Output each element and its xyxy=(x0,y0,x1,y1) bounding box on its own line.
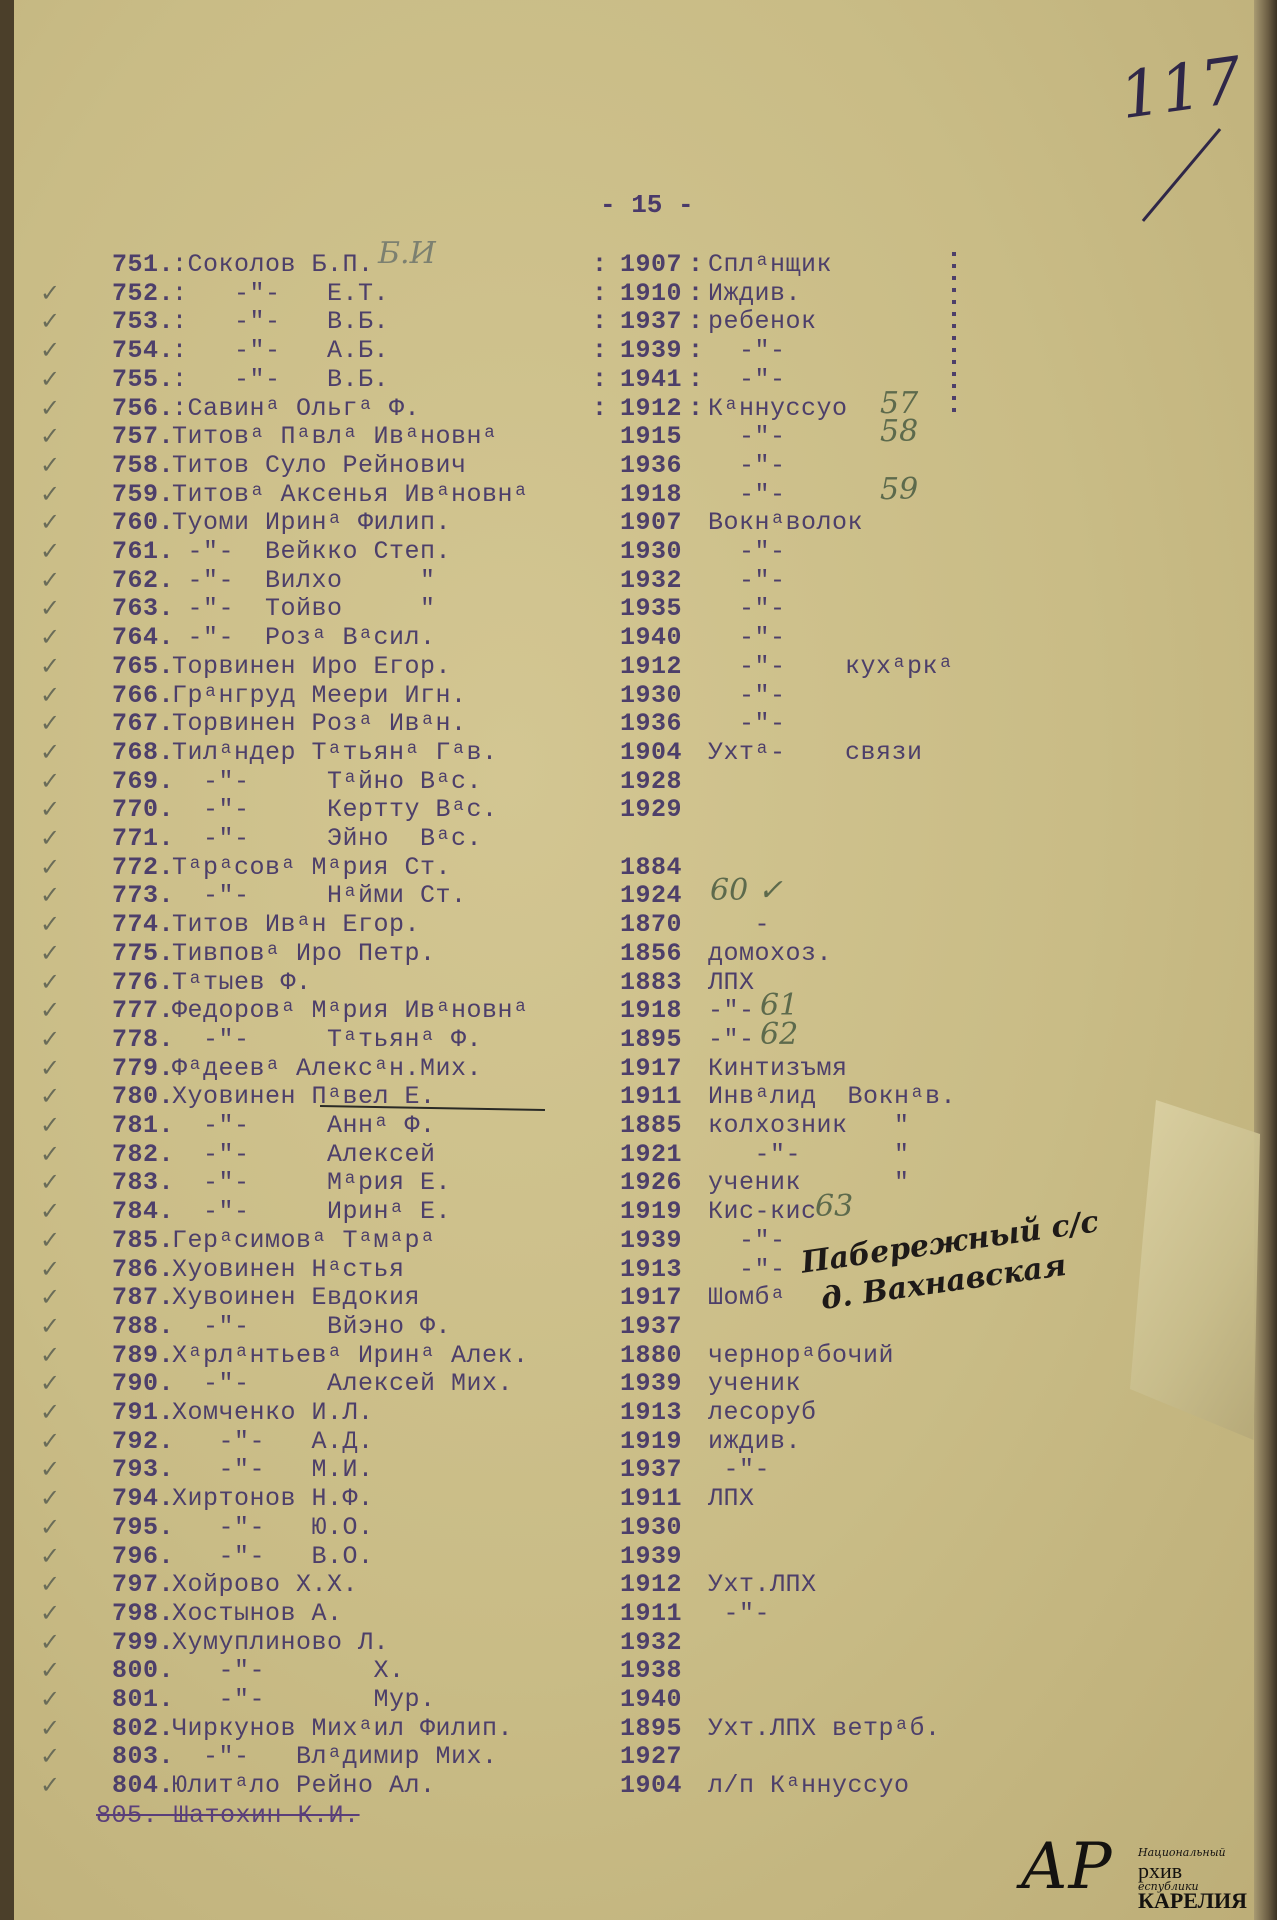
entry-number: 757. xyxy=(78,422,174,451)
entry-number: 767. xyxy=(78,709,174,738)
table-row: ✓792. -"- А.Д.1919иждив. xyxy=(0,1427,1277,1455)
entry-number: 770. xyxy=(78,795,174,824)
table-row: ✓778. -"- Тᵃтьянᵃ Ф.1895-"- xyxy=(0,1025,1277,1053)
entry-name: -"- Мур. xyxy=(172,1685,436,1714)
entry-occupation: домохоз. xyxy=(708,939,832,968)
entry-year: 1911 xyxy=(620,1082,682,1111)
entry-occupation: -"- xyxy=(708,1255,786,1284)
entry-year: 1915 xyxy=(620,422,682,451)
entry-occupation: Иждив. xyxy=(708,279,801,308)
entry-year: 1938 xyxy=(620,1656,682,1685)
entry-name: -"- В.О. xyxy=(172,1542,374,1571)
entry-occupation: -"- xyxy=(708,451,786,480)
entry-number: 751. xyxy=(78,250,174,279)
archive-watermark-logo: АР Национальный рхив еспублики КАРЕЛИЯ xyxy=(1020,1830,1260,1910)
entry-occupation: лесоруб xyxy=(708,1398,817,1427)
table-row: ✓755.: -"- В.Б.1941 -"-:: xyxy=(0,365,1277,393)
entry-year: 1939 xyxy=(620,1369,682,1398)
entry-year: 1937 xyxy=(620,1312,682,1341)
entry-number: 787. xyxy=(78,1283,174,1312)
check-mark-icon: ✓ xyxy=(40,1714,61,1742)
table-row: ✓752.: -"- Е.Т.1910Иждив.:: xyxy=(0,279,1277,307)
table-row: ✓756.:Савинᵃ Ольгᵃ Ф.1912Кᵃннуссуо:: xyxy=(0,394,1277,422)
entry-name: -"- М.И. xyxy=(172,1455,374,1484)
entry-occupation: -"- xyxy=(708,623,786,652)
column-colon: : xyxy=(688,307,704,336)
check-mark-icon: ✓ xyxy=(40,566,61,594)
table-row: ✓773. -"- Нᵃйми Ст.1924 xyxy=(0,881,1277,909)
check-mark-icon: ✓ xyxy=(40,1111,61,1139)
entry-year: 1917 xyxy=(620,1283,682,1312)
table-row: ✓788. -"- Вйэно Ф.1937 xyxy=(0,1312,1277,1340)
entry-name: -"- Розᵃ Вᵃсил. xyxy=(172,623,436,652)
entry-year: 1940 xyxy=(620,1685,682,1714)
check-mark-icon: ✓ xyxy=(40,594,61,622)
entry-number: 793. xyxy=(78,1455,174,1484)
table-row: ✓789.Хᵃрлᵃнтьевᵃ Иринᵃ Алек.1880черноpᵃб… xyxy=(0,1341,1277,1369)
check-mark-icon: ✓ xyxy=(40,1628,61,1656)
table-row: ✓774.Титов Ивᵃн Егор.1870 - xyxy=(0,910,1277,938)
entry-name: Торвинен Розᵃ Ивᵃн. xyxy=(172,709,467,738)
entry-name: -"- Тойво " xyxy=(172,594,436,623)
entry-year: 1907 xyxy=(620,250,682,279)
check-mark-icon: ✓ xyxy=(40,1025,61,1053)
entry-year: 1939 xyxy=(620,1226,682,1255)
entry-year: 1904 xyxy=(620,738,682,767)
table-row: ✓759.Титовᵃ Аксенья Ивᵃновнᵃ1918 -"- xyxy=(0,480,1277,508)
table-row: ✓790. -"- Алексей Мих.1939ученик xyxy=(0,1369,1277,1397)
entry-name: -"- Аннᵃ Ф. xyxy=(172,1111,436,1140)
page-number: - 15 - xyxy=(600,190,694,220)
entry-number: 759. xyxy=(78,480,174,509)
entry-year: 1936 xyxy=(620,451,682,480)
entry-year: 1929 xyxy=(620,795,682,824)
entry-occupation: -"- xyxy=(708,422,786,451)
entry-occupation: ученик " xyxy=(708,1168,910,1197)
entry-occupation: ЛПХ xyxy=(708,968,755,997)
table-row: ✓762. -"- Вилхо "1932 -"- xyxy=(0,566,1277,594)
entry-number: 794. xyxy=(78,1484,174,1513)
entry-year: 1930 xyxy=(620,537,682,566)
entry-year: 1910 xyxy=(620,279,682,308)
entry-year: 1883 xyxy=(620,968,682,997)
check-mark-icon: ✓ xyxy=(40,1054,61,1082)
entry-number: 776. xyxy=(78,968,174,997)
entry-occupation: Ухт.ЛПХ xyxy=(708,1570,817,1599)
entry-name: Чиркунов Михᵃил Филип. xyxy=(172,1714,513,1743)
entry-occupation: Кис-кис xyxy=(708,1197,817,1226)
entry-year: 1907 xyxy=(620,508,682,537)
entry-name: Хомченко И.Л. xyxy=(172,1398,374,1427)
entry-occupation: -"- xyxy=(708,365,786,394)
entry-year: 1930 xyxy=(620,1513,682,1542)
entry-year: 1884 xyxy=(620,853,682,882)
check-mark-icon: ✓ xyxy=(40,508,61,536)
entry-number: 780. xyxy=(78,1082,174,1111)
column-colon: : xyxy=(592,307,608,336)
check-mark-icon: ✓ xyxy=(40,1542,61,1570)
entry-occupation: иждив. xyxy=(708,1427,801,1456)
entry-number: 766. xyxy=(78,681,174,710)
table-row: ✓780.Хуовинен Пᵃвел Е.1911Инвᵃлид Вокнᵃв… xyxy=(0,1082,1277,1110)
check-mark-icon: ✓ xyxy=(40,537,61,565)
entry-occupation: -"- xyxy=(708,566,786,595)
entry-name: -"- Алексей xyxy=(172,1140,436,1169)
entry-number: 752. xyxy=(78,279,174,308)
entry-occupation: Ухт.ЛПХ ветрᵃб. xyxy=(708,1714,941,1743)
entry-number: 768. xyxy=(78,738,174,767)
entry-name: -"- Нᵃйми Ст. xyxy=(172,881,467,910)
entry-year: 1918 xyxy=(620,996,682,1025)
table-row: ✓804.Юлитᵃло Рейно Ал.1904л/п Кᵃннуссуо xyxy=(0,1771,1277,1799)
check-mark-icon: ✓ xyxy=(40,652,61,680)
logo-monogram: АР xyxy=(1020,1830,1112,1904)
entry-year: 1918 xyxy=(620,480,682,509)
table-row: ✓767.Торвинен Розᵃ Ивᵃн.1936 -"- xyxy=(0,709,1277,737)
entry-number: 797. xyxy=(78,1570,174,1599)
table-row: ✓757.Титовᵃ Пᵃвлᵃ Ивᵃновнᵃ1915 -"- xyxy=(0,422,1277,450)
entry-name: -"- Вйэно Ф. xyxy=(172,1312,451,1341)
check-mark-icon: ✓ xyxy=(40,767,61,795)
entry-year: 1937 xyxy=(620,1455,682,1484)
entry-occupation: -"- " xyxy=(708,1140,910,1169)
entry-year: 1924 xyxy=(620,881,682,910)
table-row: ✓786.Хуовинен Нᵃстья1913 -"- xyxy=(0,1255,1277,1283)
entry-year: 1928 xyxy=(620,767,682,796)
handwritten-number: 63 xyxy=(815,1189,853,1224)
entry-number: 782. xyxy=(78,1140,174,1169)
table-row: ✓791.Хомченко И.Л.1913лесоруб xyxy=(0,1398,1277,1426)
table-row: ✓794.Хиртонов Н.Ф.1911ЛПХ xyxy=(0,1484,1277,1512)
table-row: ✓782. -"- Алексей1921 -"- " xyxy=(0,1140,1277,1168)
table-row: ✓779.Фᵃдеевᵃ Алексᵃн.Мих.1917Кинтизъмя xyxy=(0,1054,1277,1082)
entry-year: 1913 xyxy=(620,1255,682,1284)
check-mark-icon: ✓ xyxy=(40,795,61,823)
table-row: ✓758.Титов Суло Рейнович1936 -"- xyxy=(0,451,1277,479)
entry-name: Титов Ивᵃн Егор. xyxy=(172,910,420,939)
column-colon: : xyxy=(688,365,704,394)
entry-number: 800. xyxy=(78,1656,174,1685)
entry-name: -"- Вейкко Степ. xyxy=(172,537,451,566)
table-row: ✓799.Хумуплиново Л.1932 xyxy=(0,1628,1277,1656)
entry-year: 1926 xyxy=(620,1168,682,1197)
table-row: ✓772.Тᵃрᵃсовᵃ Мᵃрия Ст.1884 xyxy=(0,853,1277,881)
entry-year: 1913 xyxy=(620,1398,682,1427)
handwritten-number: 58 xyxy=(880,414,918,449)
entry-year: 1895 xyxy=(620,1025,682,1054)
table-row: ✓754.: -"- А.Б.1939 -"-:: xyxy=(0,336,1277,364)
check-mark-icon: ✓ xyxy=(40,1140,61,1168)
entry-year: 1912 xyxy=(620,652,682,681)
column-colon: : xyxy=(688,250,704,279)
entry-year: 1870 xyxy=(620,910,682,939)
table-row: ✓771. -"- Эйно Вᵃс. xyxy=(0,824,1277,852)
check-mark-icon: ✓ xyxy=(40,1656,61,1684)
entry-year: 1932 xyxy=(620,566,682,595)
check-mark-icon: ✓ xyxy=(40,1082,61,1110)
check-mark-icon: ✓ xyxy=(40,1484,61,1512)
entry-number: 790. xyxy=(78,1369,174,1398)
column-colon: : xyxy=(688,279,704,308)
entry-name: Хумуплиново Л. xyxy=(172,1628,389,1657)
entry-occupation: -"- xyxy=(708,594,786,623)
table-row: ✓803. -"- Влᵃдимир Мих.1927 xyxy=(0,1742,1277,1770)
entry-occupation: -"- xyxy=(708,996,755,1025)
entry-name: : -"- Е.Т. xyxy=(172,279,389,308)
column-colon: : xyxy=(688,394,704,423)
table-row: 751.:Соколов Б.П.1907Сплᵃнщик:: xyxy=(0,250,1277,278)
entry-occupation: черноpᵃбочий xyxy=(708,1341,894,1370)
entry-number: 763. xyxy=(78,594,174,623)
handwritten-number: 62 xyxy=(760,1017,798,1052)
entry-number: 764. xyxy=(78,623,174,652)
table-row: ✓801. -"- Мур.1940 xyxy=(0,1685,1277,1713)
entry-number: 796. xyxy=(78,1542,174,1571)
entry-number: 772. xyxy=(78,853,174,882)
entry-name: Герᵃсимовᵃ Тᵃмᵃрᵃ xyxy=(172,1226,436,1255)
table-row: ✓761. -"- Вейкко Степ.1930 -"- xyxy=(0,537,1277,565)
check-mark-icon: ✓ xyxy=(40,451,61,479)
column-colon: : xyxy=(592,336,608,365)
entry-occupation: ЛПХ xyxy=(708,1484,755,1513)
column-colon: : xyxy=(592,394,608,423)
entry-year: 1941 xyxy=(620,365,682,394)
entry-number: 803. xyxy=(78,1742,174,1771)
check-mark-icon: ✓ xyxy=(40,1513,61,1541)
check-mark-icon: ✓ xyxy=(40,910,61,938)
entry-year: 1921 xyxy=(620,1140,682,1169)
check-mark-icon: ✓ xyxy=(40,1226,61,1254)
entry-occupation: ученик xyxy=(708,1369,801,1398)
entry-number: 773. xyxy=(78,881,174,910)
check-mark-icon: ✓ xyxy=(40,1742,61,1770)
check-mark-icon: ✓ xyxy=(40,1427,61,1455)
entry-number: 783. xyxy=(78,1168,174,1197)
check-mark-icon: ✓ xyxy=(40,1369,61,1397)
struck-entry: 805. Шатохин К.И. xyxy=(0,1772,31,1800)
check-mark-icon: ✓ xyxy=(40,738,61,766)
handwritten-initials: Б.И xyxy=(378,236,436,271)
check-mark-icon: ✓ xyxy=(40,1168,61,1196)
check-mark-icon: ✓ xyxy=(40,1197,61,1225)
entry-year: 1856 xyxy=(620,939,682,968)
entry-name: -"- Кертту Вᵃс. xyxy=(172,795,498,824)
entry-occupation: Ухтᵃ- xyxy=(708,738,786,767)
entry-occupation: -"- xyxy=(708,1455,770,1484)
entry-occupation: -"- xyxy=(708,709,786,738)
entry-number: 795. xyxy=(78,1513,174,1542)
entry-note: кухᵃркᵃ xyxy=(845,652,954,681)
entry-occupation: Сплᵃнщик xyxy=(708,250,832,279)
table-row: ✓797.Хойрово Х.Х.1912Ухт.ЛПХ xyxy=(0,1570,1277,1598)
entry-number: 801. xyxy=(78,1685,174,1714)
entry-number: 753. xyxy=(78,307,174,336)
table-row: ✓764. -"- Розᵃ Вᵃсил.1940 -"- xyxy=(0,623,1277,651)
entry-number: 774. xyxy=(78,910,174,939)
entry-name: Тивповᵃ Иро Петр. xyxy=(172,939,436,968)
table-row: ✓793. -"- М.И.1937 -"- xyxy=(0,1455,1277,1483)
table-row: ✓777.Федоровᵃ Мᵃрия Ивᵃновнᵃ1918-"- xyxy=(0,996,1277,1024)
entry-number: 804. xyxy=(78,1771,174,1800)
entry-occupation: Кᵃннуссуо xyxy=(708,394,848,423)
entry-number: 792. xyxy=(78,1427,174,1456)
table-row: ✓768.Тилᵃндер Тᵃтьянᵃ Гᵃв.1904Ухтᵃ-связи xyxy=(0,738,1277,766)
check-mark-icon: ✓ xyxy=(40,623,61,651)
entry-year: 1911 xyxy=(620,1484,682,1513)
entry-name: Фᵃдеевᵃ Алексᵃн.Мих. xyxy=(172,1054,482,1083)
table-row: ✓766.Грᵃнгруд Меери Игн.1930 -"- xyxy=(0,681,1277,709)
entry-year: 1937 xyxy=(620,307,682,336)
entry-occupation: -"- xyxy=(708,1599,770,1628)
entry-year: 1936 xyxy=(620,709,682,738)
handwritten-number: 59 xyxy=(880,472,918,507)
column-colon: : xyxy=(688,336,704,365)
entry-occupation: -"- xyxy=(708,681,786,710)
entry-number: 758. xyxy=(78,451,174,480)
check-mark-icon: ✓ xyxy=(40,1599,61,1627)
entry-name: -"- Тᵃтьянᵃ Ф. xyxy=(172,1025,482,1054)
entry-year: 1904 xyxy=(620,1771,682,1800)
entry-name: :Соколов Б.П. xyxy=(172,250,374,279)
entry-name: Хувоинен Евдокия xyxy=(172,1283,420,1312)
entry-number: 798. xyxy=(78,1599,174,1628)
check-mark-icon: ✓ xyxy=(40,1455,61,1483)
entry-number: 762. xyxy=(78,566,174,595)
entry-occupation: -"- xyxy=(708,537,786,566)
check-mark-icon: ✓ xyxy=(40,480,61,508)
entry-occupation: - xyxy=(708,910,770,939)
check-mark-icon: ✓ xyxy=(40,996,61,1024)
entry-number: 802. xyxy=(78,1714,174,1743)
column-colon: : xyxy=(592,365,608,394)
check-mark-icon: ✓ xyxy=(40,1341,61,1369)
entry-name: -"- Тᵃйно Вᵃс. xyxy=(172,767,482,796)
entry-name: Хᵃрлᵃнтьевᵃ Иринᵃ Алек. xyxy=(172,1341,529,1370)
check-mark-icon: ✓ xyxy=(40,1570,61,1598)
table-row: ✓763. -"- Тойво "1935 -"- xyxy=(0,594,1277,622)
entry-year: 1912 xyxy=(620,1570,682,1599)
entry-number: 761. xyxy=(78,537,174,566)
entry-name: : -"- В.Б. xyxy=(172,365,389,394)
check-mark-icon: ✓ xyxy=(40,881,61,909)
table-row: ✓776.Тᵃтыев Ф.1883ЛПХ xyxy=(0,968,1277,996)
table-row: ✓800. -"- Х.1938 xyxy=(0,1656,1277,1684)
entry-name: Тᵃтыев Ф. xyxy=(172,968,312,997)
entry-occupation: -"- xyxy=(708,1025,755,1054)
table-row: ✓775.Тивповᵃ Иро Петр.1856домохоз. xyxy=(0,939,1277,967)
entry-number: 786. xyxy=(78,1255,174,1284)
entry-note: связи xyxy=(845,738,923,767)
entry-name: Федоровᵃ Мᵃрия Ивᵃновнᵃ xyxy=(172,996,529,1025)
entry-occupation: Кинтизъмя xyxy=(708,1054,848,1083)
check-mark-icon: ✓ xyxy=(40,939,61,967)
entry-name: -"- Влᵃдимир Мих. xyxy=(172,1742,498,1771)
entry-year: 1935 xyxy=(620,594,682,623)
entry-year: 1911 xyxy=(620,1599,682,1628)
entry-year: 1880 xyxy=(620,1341,682,1370)
table-row: ✓760.Туоми Иринᵃ Филип.1907Вокнᵃволок xyxy=(0,508,1277,536)
table-row: ✓795. -"- Ю.О.1930 xyxy=(0,1513,1277,1541)
entry-number: 799. xyxy=(78,1628,174,1657)
entry-occupation: -"- xyxy=(708,1226,786,1255)
entry-year: 1919 xyxy=(620,1197,682,1226)
entry-occupation: -"- xyxy=(708,480,786,509)
entry-number: 777. xyxy=(78,996,174,1025)
entry-name: Хойрово Х.Х. xyxy=(172,1570,358,1599)
entry-year: 1917 xyxy=(620,1054,682,1083)
entry-occupation: -"- xyxy=(708,336,786,365)
entry-number: 769. xyxy=(78,767,174,796)
entry-occupation: Шомбᵃ xyxy=(708,1283,786,1312)
entry-name: Тᵃрᵃсовᵃ Мᵃрия Ст. xyxy=(172,853,451,882)
entry-number: 765. xyxy=(78,652,174,681)
entry-name: -"- Вилхо " xyxy=(172,566,436,595)
entry-number: 778. xyxy=(78,1025,174,1054)
entry-name: Туоми Иринᵃ Филип. xyxy=(172,508,451,537)
check-mark-icon: ✓ xyxy=(40,709,61,737)
check-mark-icon: ✓ xyxy=(40,1255,61,1283)
table-row: ✓781. -"- Аннᵃ Ф.1885колхозник " xyxy=(0,1111,1277,1139)
entry-name: Хиртонов Н.Ф. xyxy=(172,1484,374,1513)
entry-number: 771. xyxy=(78,824,174,853)
entry-name: Титовᵃ Пᵃвлᵃ Ивᵃновнᵃ xyxy=(172,422,498,451)
table-row: ✓798.Хостынов А.1911 -"- xyxy=(0,1599,1277,1627)
entry-number: 775. xyxy=(78,939,174,968)
entry-name: -"- Эйно Вᵃс. xyxy=(172,824,482,853)
check-mark-icon: ✓ xyxy=(40,824,61,852)
entry-name: -"- А.Д. xyxy=(172,1427,374,1456)
entry-number: 788. xyxy=(78,1312,174,1341)
entry-year: 1927 xyxy=(620,1742,682,1771)
entry-number: 784. xyxy=(78,1197,174,1226)
entry-name: -"- Мᵃрия Е. xyxy=(172,1168,451,1197)
table-row: ✓765.Торвинен Иро Егор.1912 -"-кухᵃркᵃ xyxy=(0,652,1277,680)
entry-number: 754. xyxy=(78,336,174,365)
check-mark-icon: ✓ xyxy=(40,1771,61,1799)
entry-name: : -"- А.Б. xyxy=(172,336,389,365)
entry-year: 1940 xyxy=(620,623,682,652)
entry-number: 791. xyxy=(78,1398,174,1427)
entry-number: 785. xyxy=(78,1226,174,1255)
check-mark-icon: ✓ xyxy=(40,336,61,364)
table-row: ✓802.Чиркунов Михᵃил Филип.1895Ухт.ЛПХ в… xyxy=(0,1714,1277,1742)
entry-occupation: Вокнᵃволок xyxy=(708,508,863,537)
entry-year: 1895 xyxy=(620,1714,682,1743)
entry-number: 756. xyxy=(78,394,174,423)
table-row: ✓783. -"- Мᵃрия Е.1926ученик " xyxy=(0,1168,1277,1196)
entry-year: 1885 xyxy=(620,1111,682,1140)
check-mark-icon: ✓ xyxy=(40,1398,61,1426)
entry-occupation: л/п Кᵃннуссуо xyxy=(708,1771,910,1800)
entry-year: 1932 xyxy=(620,1628,682,1657)
handwritten-number: 60 ✓ xyxy=(710,873,783,908)
entry-name: -"- Иринᵃ Е. xyxy=(172,1197,451,1226)
check-mark-icon: ✓ xyxy=(40,1685,61,1713)
check-mark-icon: ✓ xyxy=(40,853,61,881)
entry-year: 1939 xyxy=(620,336,682,365)
entry-number: 781. xyxy=(78,1111,174,1140)
entry-occupation: колхозник " xyxy=(708,1111,910,1140)
entry-year: 1930 xyxy=(620,681,682,710)
entry-name: -"- Ю.О. xyxy=(172,1513,374,1542)
entry-name: : -"- В.Б. xyxy=(172,307,389,336)
entry-year: 1912 xyxy=(620,394,682,423)
entry-occupation: Инвᵃлид Вокнᵃв. xyxy=(708,1082,956,1111)
entry-year: 1919 xyxy=(620,1427,682,1456)
entry-name: Титовᵃ Аксенья Ивᵃновнᵃ xyxy=(172,480,529,509)
check-mark-icon: ✓ xyxy=(40,968,61,996)
entry-number: 755. xyxy=(78,365,174,394)
